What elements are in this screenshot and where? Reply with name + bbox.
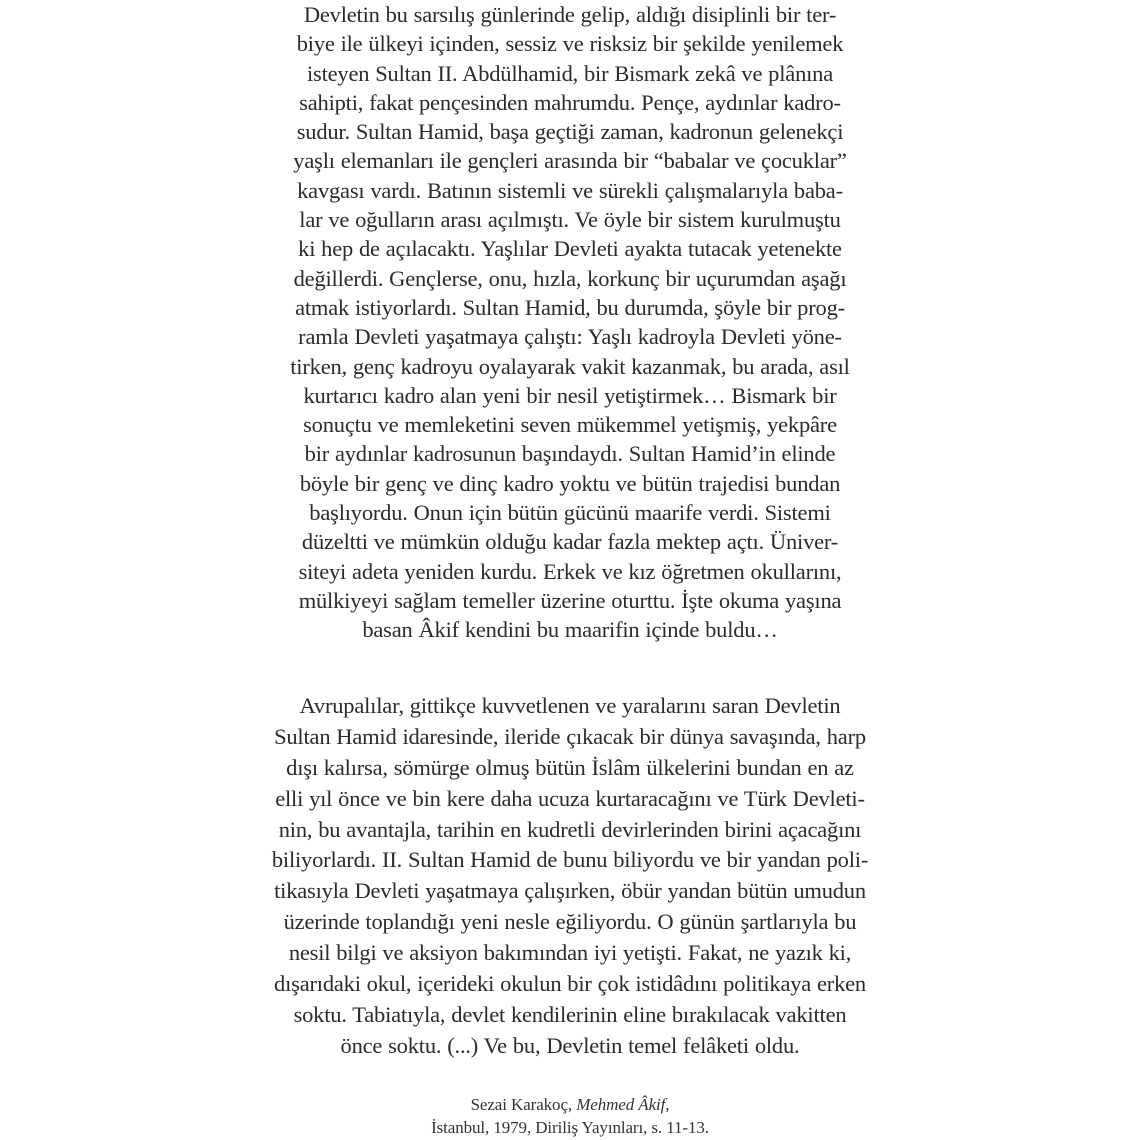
attribution-book-title: Mehmed Âkif,	[576, 1095, 669, 1114]
text-line: başlıyordu. Onun için bütün gücünü maari…	[0, 498, 1140, 527]
text-line: tikasıyla Devleti yaşatmaya çalışırken, …	[0, 876, 1140, 907]
text-line: önce soktu. (...) Ve bu, Devletin temel …	[0, 1031, 1140, 1062]
text-line: tirken, genç kadroyu oyalayarak vakit ka…	[0, 352, 1140, 381]
attribution-author-line: Sezai Karakoç, Mehmed Âkif,	[0, 1093, 1140, 1116]
text-line: biye ile ülkeyi içinden, sessiz ve risks…	[0, 29, 1140, 58]
text-line: Devletin bu sarsılış günlerinde gelip, a…	[0, 0, 1140, 29]
text-line: basan Âkif kendini bu maarifin içinde bu…	[0, 615, 1140, 644]
text-line: yaşlı elemanları ile gençleri arasında b…	[0, 146, 1140, 175]
text-line: dışı kalırsa, sömürge olmuş bütün İslâm …	[0, 753, 1140, 784]
text-line: isteyen Sultan II. Abdülhamid, bir Bisma…	[0, 59, 1140, 88]
text-line: mülkiyeyi sağlam temeller üzerine oturtt…	[0, 586, 1140, 615]
text-line: böyle bir genç ve dinç kadro yoktu ve bü…	[0, 469, 1140, 498]
text-line: dışarıdaki okul, içerideki okulun bir ço…	[0, 969, 1140, 1000]
text-line: ki hep de açılacaktı. Yaşlılar Devleti a…	[0, 234, 1140, 263]
text-line: üzerinde toplandığı yeni nesle eğiliyord…	[0, 907, 1140, 938]
text-line: siteyi adeta yeniden kurdu. Erkek ve kız…	[0, 557, 1140, 586]
text-line: elli yıl önce ve bin kere daha ucuza kur…	[0, 784, 1140, 815]
source-attribution: Sezai Karakoç, Mehmed Âkif, İstanbul, 19…	[0, 1093, 1140, 1139]
text-line: kurtarıcı kadro alan yeni bir nesil yeti…	[0, 381, 1140, 410]
document-page: Devletin bu sarsılış günlerinde gelip, a…	[0, 0, 1140, 1140]
text-line: bir aydınlar kadrosunun başındaydı. Sult…	[0, 439, 1140, 468]
paragraph-2: Avrupalılar, gittikçe kuvvetlenen ve yar…	[0, 691, 1140, 1062]
text-line: sudur. Sultan Hamid, başa geçtiği zaman,…	[0, 117, 1140, 146]
text-line: sonuçtu ve memleketini seven mükemmel ye…	[0, 410, 1140, 439]
text-line: lar ve oğulların arası açılmıştı. Ve öyl…	[0, 205, 1140, 234]
text-line: değillerdi. Gençlerse, onu, hızla, korku…	[0, 264, 1140, 293]
text-line: sahipti, fakat pençesinden mahrumdu. Pen…	[0, 88, 1140, 117]
text-line: biliyorlardı. II. Sultan Hamid de bunu b…	[0, 845, 1140, 876]
text-line: atmak istiyorlardı. Sultan Hamid, bu dur…	[0, 293, 1140, 322]
text-line: kavgası vardı. Batının sistemli ve sürek…	[0, 176, 1140, 205]
attribution-publication: İstanbul, 1979, Diriliş Yayınları, s. 11…	[0, 1116, 1140, 1139]
paragraph-1: Devletin bu sarsılış günlerinde gelip, a…	[0, 0, 1140, 645]
text-line: soktu. Tabiatıyla, devlet kendilerinin e…	[0, 1000, 1140, 1031]
text-line: nin, bu avantajla, tarihin en kudretli d…	[0, 815, 1140, 846]
text-line: nesil bilgi ve aksiyon bakımından iyi ye…	[0, 938, 1140, 969]
text-line: ramla Devleti yaşatmaya çalıştı: Yaşlı k…	[0, 322, 1140, 351]
text-line: Avrupalılar, gittikçe kuvvetlenen ve yar…	[0, 691, 1140, 722]
text-line: düzeltti ve mümkün olduğu kadar fazla me…	[0, 527, 1140, 556]
text-line: Sultan Hamid idaresinde, ileride çıkacak…	[0, 722, 1140, 753]
attribution-author: Sezai Karakoç,	[471, 1095, 577, 1114]
